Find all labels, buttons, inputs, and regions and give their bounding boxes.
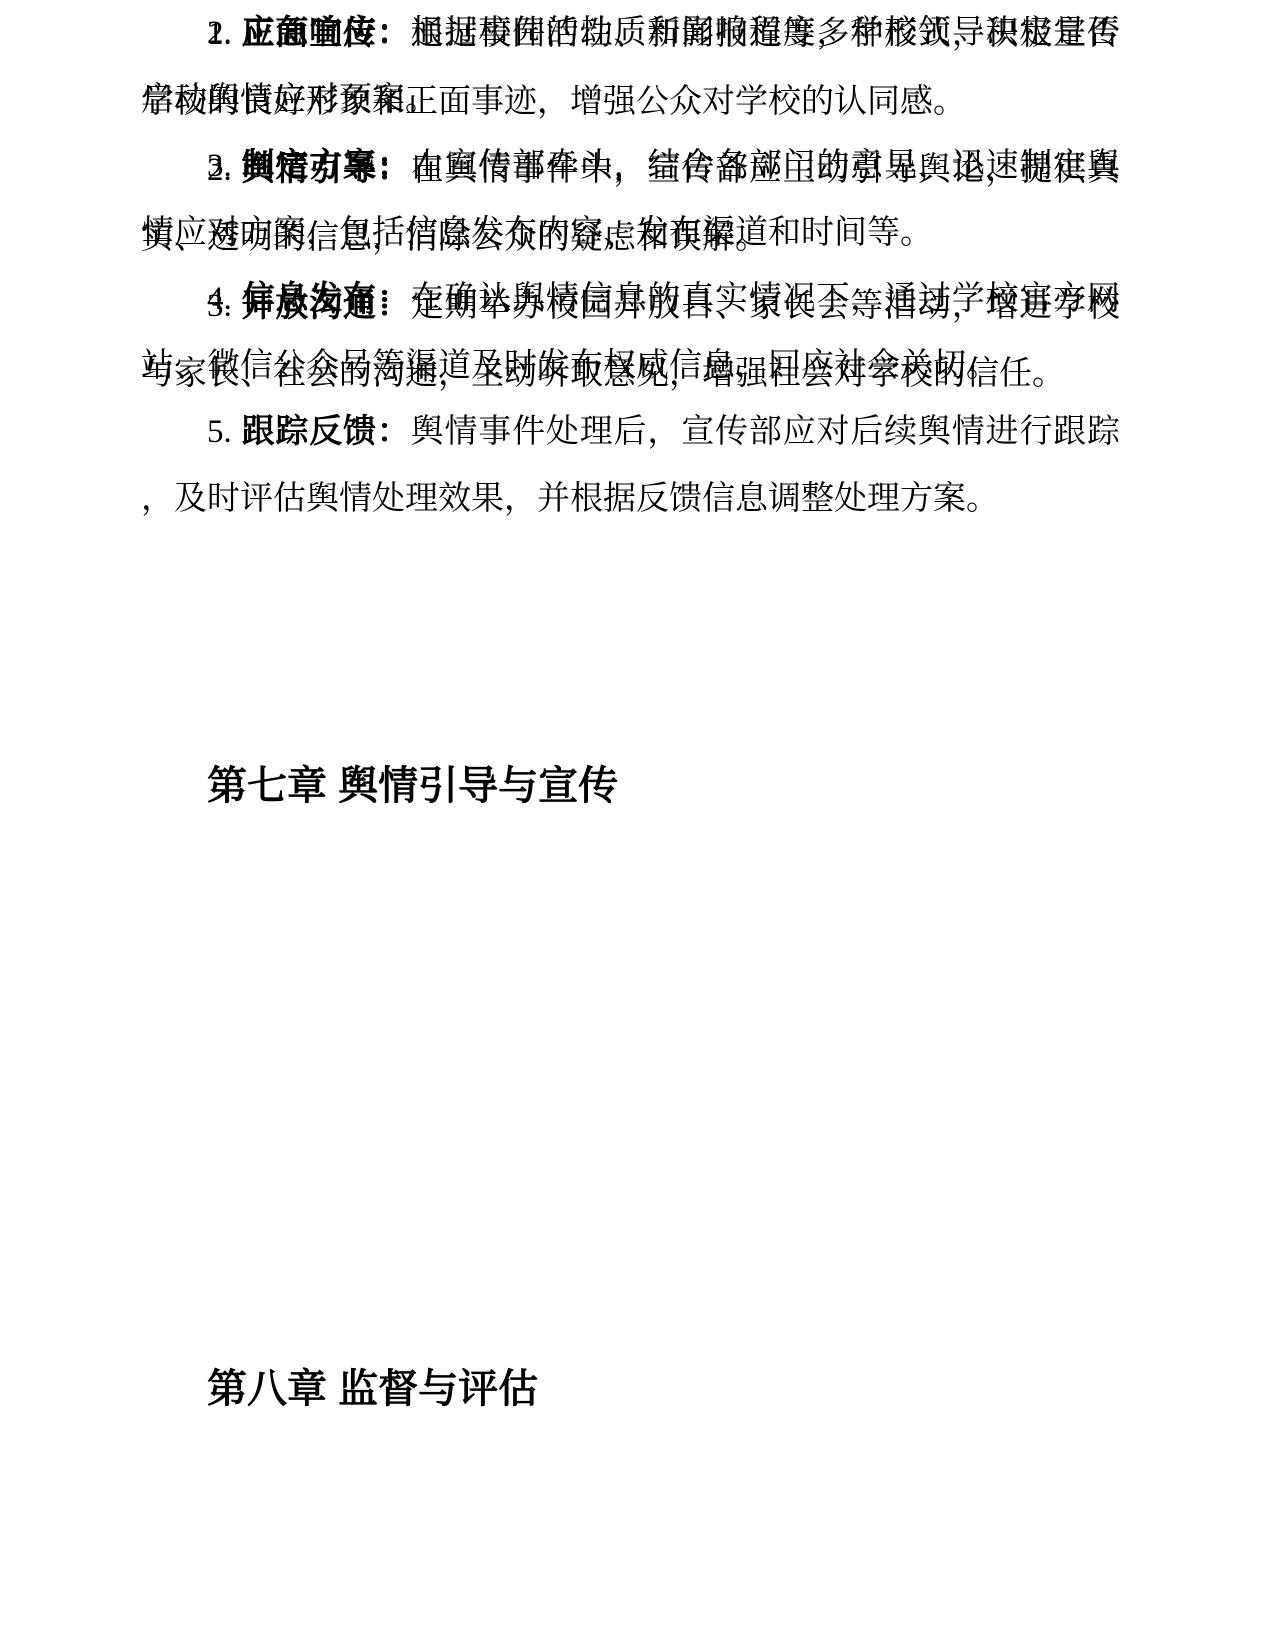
text-line: 2.舆情引导：在舆情事件中，宣传部应主动引导舆论，提供真 [141,136,1120,204]
item-number: 3. [207,288,232,324]
chapter-7-heading: 第七章 舆情引导与宣传 [207,762,618,810]
item-label: 开放沟通： [241,288,411,324]
line-text: 通过校园活动、新闻报道等多种形式，积极宣传 [411,16,1120,52]
item-number: 1. [207,16,232,52]
text-line: ，及时评估舆情处理效果，并根据反馈信息调整处理方案。 [141,466,1120,533]
text-line: 5.跟踪反馈：舆情事件处理后，宣传部应对后续舆情进行跟踪 [141,399,1120,466]
item-label: 跟踪反馈： [241,414,411,450]
item-label: 舆情引导： [241,152,411,188]
text-line: 与家长、社会的沟通，主动听取意见，增强社会对学校的信任。 [141,340,1120,408]
text-line: 1.正面宣传：通过校园活动、新闻报道等多种形式，积极宣传 [141,0,1120,68]
item-number: 2. [207,152,232,188]
text-line: 学校的良好形象和正面事迹，增强公众对学校的认同感。 [141,68,1120,136]
line-text: 舆情事件处理后，宣传部应对后续舆情进行跟踪 [411,414,1120,450]
item-label: 正面宣传： [241,16,411,52]
line-text: ，及时评估舆情处理效果，并根据反馈信息调整处理方案。 [141,481,999,517]
line-text: 定期举办校园开放日、家长会等活动，增进学校 [411,288,1120,324]
line-text: 学校的良好形象和正面事迹，增强公众对学校的认同感。 [141,84,966,120]
line-text: 实、透明的信息，消除公众的疑虑和误解。 [141,220,768,256]
item-number: 5. [207,414,232,450]
line-text: 在舆情事件中，宣传部应主动引导舆论，提供真 [411,152,1120,188]
document-page: 2.应急响应：根据事件的性质和影响程度，学校领导决定是否启动舆情应对预案。3.制… [0,0,1275,1650]
chapter7-items-paragraphs: 1.正面宣传：通过校园活动、新闻报道等多种形式，积极宣传学校的良好形象和正面事迹… [141,0,1120,408]
text-line: 实、透明的信息，消除公众的疑虑和误解。 [141,204,1120,272]
line-text: 与家长、社会的沟通，主动听取意见，增强社会对学校的信任。 [141,356,1065,392]
text-line: 3.开放沟通：定期举办校园开放日、家长会等活动，增进学校 [141,272,1120,340]
chapter-8-heading: 第八章 监督与评估 [207,1365,538,1413]
